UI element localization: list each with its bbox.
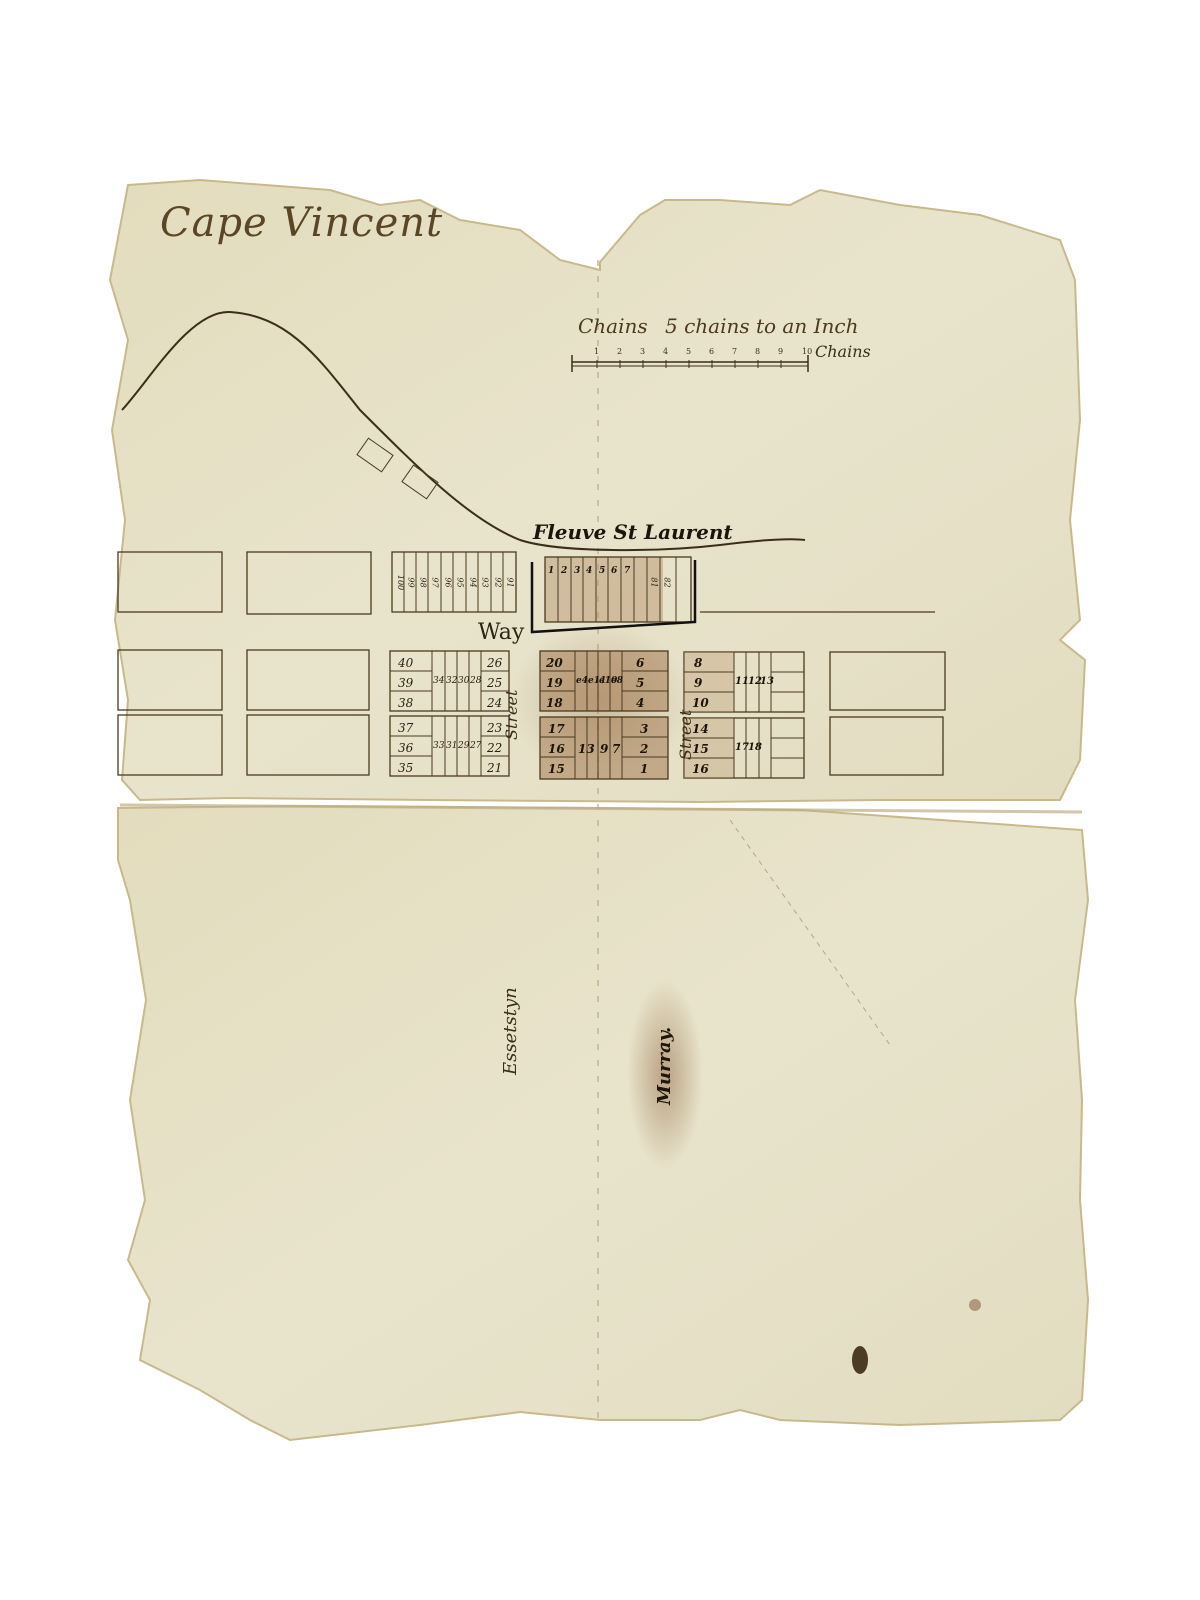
- scale-tick: 5: [686, 347, 691, 356]
- lot-number: 5: [599, 566, 605, 576]
- lot-number: 40: [398, 656, 413, 670]
- lot-number: 3: [640, 722, 648, 736]
- scale-tick: 3: [640, 347, 645, 356]
- scale-unit-label: Chains: [815, 342, 871, 361]
- scale-tick: 8: [755, 347, 760, 356]
- lot-number: 18: [748, 742, 762, 753]
- lot-number: 22: [487, 741, 502, 755]
- lot-number: 15: [548, 762, 565, 776]
- lot-number: 25: [487, 676, 502, 690]
- lot-number: e4: [576, 676, 588, 686]
- lot-number: 36: [398, 741, 413, 755]
- lot-number: 94: [469, 577, 478, 587]
- lot-number: 13: [578, 742, 595, 756]
- scale-tick: 9: [778, 347, 783, 356]
- river-label: Fleuve St Laurent: [533, 520, 733, 544]
- lot-number: 97: [431, 577, 440, 587]
- lot-number: 100: [396, 575, 405, 590]
- lot-number: 8: [694, 656, 702, 670]
- owner-label-murray: Murray.: [654, 1027, 675, 1105]
- lot-number: 9: [600, 742, 608, 756]
- lot-number: 91: [506, 577, 515, 587]
- scale-tick: 7: [732, 347, 737, 356]
- lot-number: 21: [487, 761, 502, 775]
- lot-number: 24: [487, 696, 502, 710]
- way-label: Way: [478, 620, 524, 645]
- lot-number: 99: [407, 577, 416, 587]
- lot-number: 32: [446, 676, 457, 686]
- lot-number: 19: [546, 676, 563, 690]
- lot-number: 15: [692, 742, 709, 756]
- lot-number: 3: [574, 566, 580, 576]
- lot-number: 2: [561, 566, 567, 576]
- lot-number: 7: [612, 742, 620, 756]
- lot-number: 98: [419, 577, 428, 587]
- lot-number: 16: [548, 742, 565, 756]
- lot-number: 35: [398, 761, 413, 775]
- map-title: Cape Vincent: [160, 200, 443, 246]
- lot-number: e8: [611, 676, 623, 686]
- lot-number: 95: [456, 577, 465, 587]
- scale-tick: 10: [802, 347, 812, 356]
- lot-number: 10: [692, 696, 709, 710]
- lot-number: 14: [692, 722, 709, 736]
- scale-label-left: Chains: [578, 314, 648, 338]
- scale-tick: 6: [709, 347, 714, 356]
- lot-number: 33: [433, 741, 444, 751]
- lot-number: 39: [398, 676, 413, 690]
- lot-number: 17: [548, 722, 565, 736]
- lot-number: 17: [735, 742, 749, 753]
- owner-label-essetstyn: Essetstyn: [500, 987, 521, 1075]
- lot-number: 81: [650, 577, 659, 587]
- scale-tick: 2: [617, 347, 622, 356]
- lot-number: 5: [636, 676, 644, 690]
- lot-number: 23: [487, 721, 502, 735]
- lot-number: 28: [470, 676, 481, 686]
- lot-number: 20: [546, 656, 563, 670]
- lot-number: 2: [640, 742, 648, 756]
- lot-number: 7: [624, 566, 630, 576]
- lot-number: 13: [760, 676, 774, 687]
- lot-number: 6: [636, 656, 644, 670]
- lot-number: 29: [458, 741, 469, 751]
- lot-number: 26: [487, 656, 502, 670]
- map-sheet: Cape Vincent Chains 5 chains to an Inch …: [0, 0, 1200, 1600]
- lot-number: 96: [444, 577, 453, 587]
- lot-number: 11: [735, 676, 749, 687]
- lot-number: 1: [640, 762, 648, 776]
- lot-number: 37: [398, 721, 413, 735]
- scale-tick: 1: [594, 347, 599, 356]
- lot-number: 30: [458, 676, 469, 686]
- paper-lower: [118, 806, 1088, 1440]
- lot-number: 9: [694, 676, 702, 690]
- lot-number: 16: [692, 762, 709, 776]
- lot-number: 1: [548, 566, 554, 576]
- street-label-west: Street: [502, 690, 521, 740]
- lot-number: 18: [546, 696, 563, 710]
- lot-number: 4: [586, 566, 592, 576]
- lot-number: 93: [481, 577, 490, 587]
- lot-number: 4: [636, 696, 644, 710]
- scale-tick: 4: [663, 347, 668, 356]
- lot-number: 82: [663, 577, 672, 587]
- lot-number: 38: [398, 696, 413, 710]
- lot-number: 27: [470, 741, 481, 751]
- lot-number: 6: [611, 566, 617, 576]
- scale-ratio-label: 5 chains to an Inch: [665, 314, 858, 338]
- lot-number: 92: [494, 577, 503, 587]
- lot-number: 31: [446, 741, 457, 751]
- lot-number: 34: [433, 676, 444, 686]
